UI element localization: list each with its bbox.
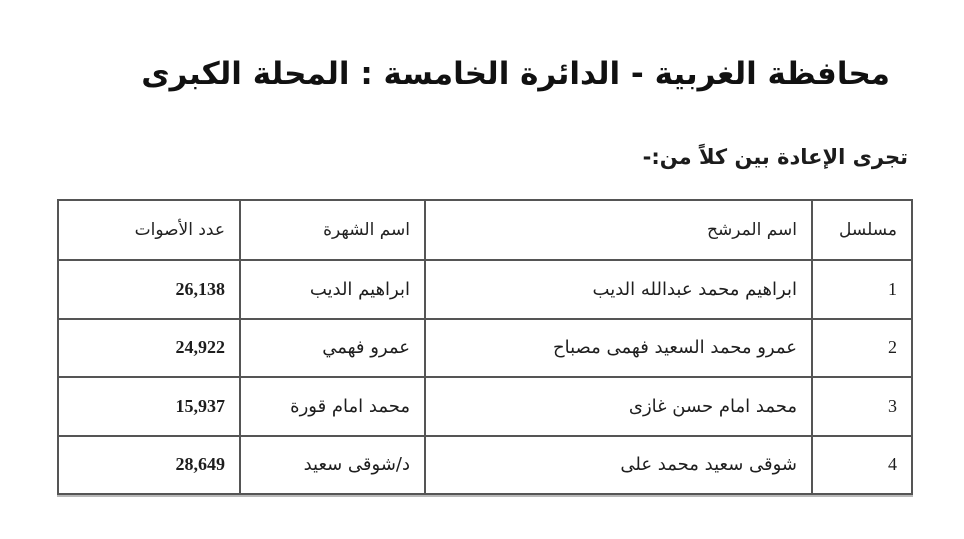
table-header-row: مسلسل اسم المرشح اسم الشهرة عدد الأصوات (58, 200, 912, 260)
page-title: محافظة الغربية - الدائرة الخامسة : المحل… (141, 48, 890, 100)
header-known-as: اسم الشهرة (240, 200, 425, 260)
cell-votes: 24,922 (58, 319, 240, 378)
runoff-candidates-table: مسلسل اسم المرشح اسم الشهرة عدد الأصوات … (57, 199, 913, 495)
cell-candidate-name: محمد امام حسن غازى (425, 377, 812, 436)
intro-text: تجرى الإعادة بين كلاً من:- (643, 140, 908, 174)
header-serial: مسلسل (812, 200, 912, 260)
table-row: 3 محمد امام حسن غازى محمد امام قورة 15,9… (58, 377, 912, 436)
cell-candidate-name: ابراهيم محمد عبدالله الديب (425, 260, 812, 319)
table-row: 4 شوقى سعيد محمد على د/شوقى سعيد 28,649 (58, 436, 912, 495)
cell-known-as: عمرو فهمي (240, 319, 425, 378)
cell-candidate-name: عمرو محمد السعيد فهمى مصباح (425, 319, 812, 378)
cell-serial: 1 (812, 260, 912, 319)
cell-serial: 3 (812, 377, 912, 436)
header-votes: عدد الأصوات (58, 200, 240, 260)
header-candidate-name: اسم المرشح (425, 200, 812, 260)
cell-known-as: د/شوقى سعيد (240, 436, 425, 495)
cell-known-as: ابراهيم الديب (240, 260, 425, 319)
cell-votes: 15,937 (58, 377, 240, 436)
results-table-container: مسلسل اسم المرشح اسم الشهرة عدد الأصوات … (57, 199, 911, 495)
cell-known-as: محمد امام قورة (240, 377, 425, 436)
cell-candidate-name: شوقى سعيد محمد على (425, 436, 812, 495)
cell-votes: 28,649 (58, 436, 240, 495)
table-row: 1 ابراهيم محمد عبدالله الديب ابراهيم الد… (58, 260, 912, 319)
cell-serial: 2 (812, 319, 912, 378)
cell-votes: 26,138 (58, 260, 240, 319)
cell-serial: 4 (812, 436, 912, 495)
table-row: 2 عمرو محمد السعيد فهمى مصباح عمرو فهمي … (58, 319, 912, 378)
